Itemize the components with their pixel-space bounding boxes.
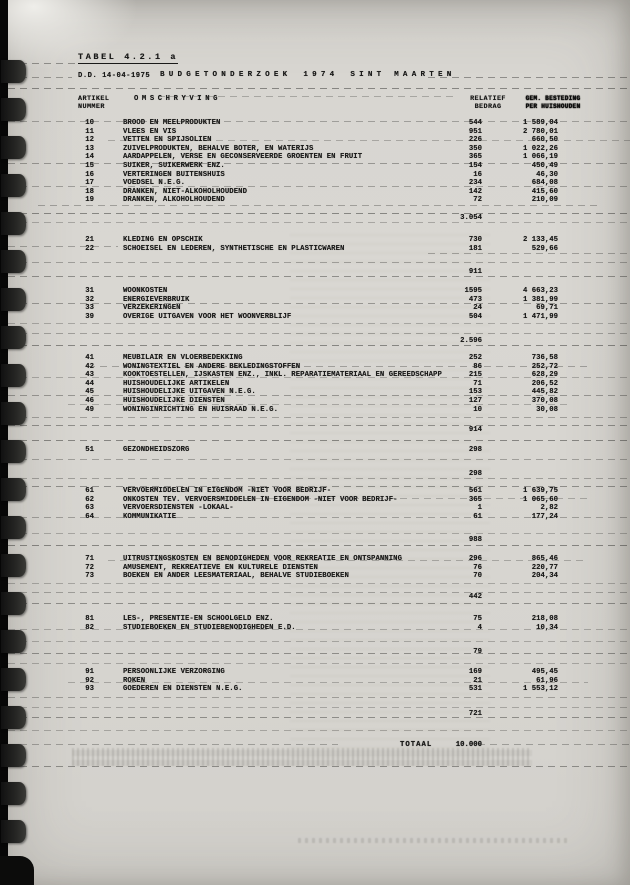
scan-artifact-line	[8, 262, 630, 263]
omschryving-cell: STUDIEBOEKEN EN STUDIEBENODIGHEDEN E.D.	[123, 624, 296, 632]
besteding-cell: 736,58	[466, 354, 558, 362]
table-row: 16 VERTERINGEN BUITENSHUIS 16 46,30	[8, 171, 630, 180]
artikel-nummer-cell: 63	[76, 504, 94, 512]
table-row: 43 KOOKTOESTELLEN, IJSKASTEN ENZ., INKL.…	[8, 371, 630, 380]
omschryving-cell: MEUBILAIR EN VLOERBEDEKKING	[123, 354, 243, 362]
artikel-nummer-cell: 39	[76, 313, 94, 321]
scan-artifact-line	[8, 545, 630, 546]
omschryving-cell: ZUIVELPRODUKTEN, BEHALVE BOTER, EN WATER…	[123, 145, 313, 153]
scan-artifact-line	[8, 592, 630, 593]
artikel-nummer-cell: 18	[76, 188, 94, 196]
omschryving-cell: LES-, PRESENTIE-EN SCHOOLGELD ENZ.	[123, 615, 274, 623]
besteding-cell: 1 022,26	[466, 145, 558, 153]
block-subtotal: 914	[420, 426, 482, 434]
scan-artifact-line	[108, 140, 630, 141]
binding-tooth	[1, 174, 26, 197]
scan-artifact-line	[8, 730, 630, 731]
artikel-nummer-cell: 81	[76, 615, 94, 623]
scan-artifact-line	[8, 583, 630, 584]
artikel-nummer-cell: 14	[76, 153, 94, 161]
artikel-nummer-cell: 72	[76, 564, 94, 572]
scan-artifact-line	[8, 603, 630, 604]
artikel-nummer-cell: 62	[76, 496, 94, 504]
scan-artifact-line	[8, 517, 630, 518]
table-row: 82 STUDIEBOEKEN EN STUDIEBENODIGHEDEN E.…	[8, 624, 630, 633]
scan-artifact-line	[8, 717, 630, 718]
scan-artifact-line	[8, 323, 630, 324]
omschryving-cell: VLEES EN VIS	[123, 128, 176, 136]
block-subtotal: 298	[420, 470, 482, 478]
title-main: BUDGETONDERZOEK	[160, 71, 291, 79]
scan-artifact-line	[8, 697, 630, 698]
footer-faint-text	[298, 838, 568, 843]
omschryving-cell: WONINGINRICHTING EN HUISRAAD N.E.G.	[123, 406, 278, 414]
table-row: 39 OVERIGE UITGAVEN VOOR HET WOONVERBLIJ…	[8, 313, 630, 322]
artikel-nummer-cell: 41	[76, 354, 94, 362]
artikel-nummer-cell: 31	[76, 287, 94, 295]
scan-artifact-line	[8, 425, 630, 426]
besteding-cell: 865,46	[466, 555, 558, 563]
binding-tooth	[1, 820, 26, 843]
date-stamp: D.D. 14-04-1975	[78, 72, 150, 80]
scan-artifact-line	[8, 707, 630, 708]
binding-tooth	[1, 554, 26, 577]
besteding-cell: 46,30	[466, 171, 558, 179]
scanned-document: TABEL 4.2.1 a D.D. 14-04-1975 BUDGETONDE…	[0, 0, 630, 885]
artikel-nummer-cell: 13	[76, 145, 94, 153]
scan-artifact-line	[8, 88, 630, 89]
scan-artifact-line	[8, 345, 630, 346]
artikel-nummer-cell: 33	[76, 304, 94, 312]
besteding-cell: 220,77	[466, 564, 558, 572]
scan-artifact-line	[108, 560, 588, 561]
omschryving-cell: KLEDING EN OPSCHIK	[123, 236, 203, 244]
scan-artifact-line	[158, 96, 458, 97]
table-row: 72 AMUSEMENT, REKREATIEVE EN KULTURELE D…	[8, 564, 630, 573]
table-row: 73 BOEKEN EN ANDER LEESMATERIAAL, BEHALV…	[8, 572, 630, 581]
artikel-nummer-cell: 91	[76, 668, 94, 676]
scan-artifact-line	[8, 303, 630, 304]
table-block: 41 MEUBILAIR EN VLOERBEDEKKING 252 736,5…	[8, 354, 630, 414]
artikel-nummer-cell: 19	[76, 196, 94, 204]
binding-tooth	[1, 592, 26, 615]
omschryving-cell: WOONKOSTEN	[123, 287, 167, 295]
block-subtotal: 2.596	[420, 337, 482, 345]
omschryving-cell: AMUSEMENT, REKREATIEVE EN KULTURELE DIEN…	[123, 564, 318, 572]
scan-artifact-line	[68, 404, 568, 405]
besteding-cell: 69,71	[466, 304, 558, 312]
omschryving-cell: VERZEKERINGEN	[123, 304, 181, 312]
omschryving-cell: ONKOSTEN TEV. VERVOERSMIDDELEN IN EIGEND…	[123, 496, 398, 504]
scan-artifact-line	[428, 253, 630, 254]
table-block: 21 KLEDING EN OPSCHIK 730 2 133,45 22 SC…	[8, 236, 630, 253]
column-header-per-huishouden: PER HUISHOUDEN	[518, 103, 588, 110]
omschryving-cell: VERVOERMIDDELEN IN EIGENDOM -NIET VOOR B…	[123, 487, 331, 495]
binding-shadow-corner	[0, 856, 34, 885]
besteding-cell: 415,60	[466, 188, 558, 196]
scan-artifact-line	[8, 222, 630, 223]
scan-artifact-line	[8, 766, 630, 767]
besteding-cell: 1 065,60	[466, 496, 558, 504]
scan-artifact-line	[8, 663, 630, 664]
besteding-cell: 4 663,23	[466, 287, 558, 295]
column-header-nummer: NUMMER	[78, 103, 105, 111]
table-row: 63 VERVOERSDIENSTEN -LOKAAL- 1 2,82	[8, 504, 630, 513]
table-block: 51 GEZONDHEIDSZORG 298	[8, 446, 630, 455]
omschryving-cell: BOEKEN EN ANDER LEESMATERIAAL, BEHALVE S…	[123, 572, 349, 580]
omschryving-cell: VERVOERSDIENSTEN -LOKAAL-	[123, 504, 234, 512]
binding-tooth	[1, 98, 26, 121]
besteding-cell: 1 066,19	[466, 153, 558, 161]
artikel-nummer-cell: 49	[76, 406, 94, 414]
scan-artifact-line	[8, 246, 118, 247]
table-label: TABEL 4.2.1 a	[78, 52, 178, 64]
besteding-cell: 61,96	[466, 677, 558, 685]
besteding-cell: 495,45	[466, 668, 558, 676]
table-row: 31 WOONKOSTEN 1595 4 663,23	[8, 287, 630, 296]
table-row: 19 DRANKEN, ALKOHOLHOUDEND 72 210,09	[8, 196, 630, 205]
binding-tooth	[1, 630, 26, 653]
column-header-artikel: ARTIKEL	[78, 95, 109, 103]
besteding-cell: 2,82	[466, 504, 558, 512]
besteding-cell: 204,34	[466, 572, 558, 580]
artikel-nummer-cell: 16	[76, 171, 94, 179]
scan-artifact-line	[8, 641, 630, 642]
scan-artifact-line	[8, 653, 630, 654]
binding-tooth	[1, 440, 26, 463]
table-block: 31 WOONKOSTEN 1595 4 663,23 32 ENERGIEVE…	[8, 287, 630, 321]
scan-artifact-line	[8, 744, 338, 745]
table-row: 21 KLEDING EN OPSCHIK 730 2 133,45	[8, 236, 630, 245]
omschryving-cell: DRANKEN, NIET-ALKOHOLHOUDEND	[123, 188, 247, 196]
scan-artifact-line	[8, 533, 630, 534]
table-row: 51 GEZONDHEIDSZORG 298	[8, 446, 630, 455]
artikel-nummer-cell: 73	[76, 572, 94, 580]
table-row: 41 MEUBILAIR EN VLOERBEDEKKING 252 736,5…	[8, 354, 630, 363]
artikel-nummer-cell: 11	[76, 128, 94, 136]
table-row: 14 AARDAPPELEN, VERSE EN GECONSERVEERDE …	[8, 153, 630, 162]
scan-artifact-line	[8, 440, 630, 441]
omschryving-cell: PERSOONLIJKE VERZORGING	[123, 668, 225, 676]
column-header-relatief: RELATIEF	[456, 95, 520, 103]
scan-artifact-line	[478, 744, 630, 745]
binding-tooth	[1, 782, 26, 805]
scan-artifact-line	[8, 377, 630, 378]
block-subtotal: 911	[420, 268, 482, 276]
table-block: 71 UITRUSTINGSKOSTEN EN BENODIGHEDEN VOO…	[8, 555, 630, 581]
table-row: 61 VERVOERMIDDELEN IN EIGENDOM -NIET VOO…	[8, 487, 630, 496]
binding-tooth	[1, 326, 26, 349]
omschryving-cell: GEZONDHEIDSZORG	[123, 446, 189, 454]
binding-tooth	[1, 364, 26, 387]
scan-artifact-line	[428, 77, 630, 78]
artikel-nummer-cell: 12	[76, 136, 94, 144]
table-block: 10 BROOD EN MEELPRODUKTEN 544 1 589,04 1…	[8, 119, 630, 205]
besteding-cell: 1 553,12	[466, 685, 558, 693]
binding-tooth	[1, 402, 26, 425]
binding-tooth	[1, 744, 26, 767]
binding-tooth	[1, 212, 26, 235]
besteding-cell: 529,66	[466, 245, 558, 253]
omschryving-cell: GOEDEREN EN DIENSTEN N.E.G.	[123, 685, 243, 693]
besteding-cell: 10,34	[466, 624, 558, 632]
block-subtotal: 988	[420, 536, 482, 544]
table-row: 11 VLEES EN VIS 951 2 780,01	[8, 128, 630, 137]
column-header-gem-besteding: GEM. BESTEDING	[518, 95, 588, 102]
omschryving-cell: VERTERINGEN BUITENSHUIS	[123, 171, 225, 179]
document-title: BUDGETONDERZOEK1974SINT MAARTEN	[160, 71, 455, 79]
artikel-nummer-cell: 82	[76, 624, 94, 632]
omschryving-cell: OVERIGE UITGAVEN VOOR HET WOONVERBLIJF	[123, 313, 291, 321]
table-row: 33 VERZEKERINGEN 24 69,71	[8, 304, 630, 313]
artikel-nummer-cell: 61	[76, 487, 94, 495]
binding-tooth	[1, 516, 26, 539]
omschryving-cell: ROKEN	[123, 677, 145, 685]
scan-artifact-line	[88, 366, 588, 367]
binding-tooth	[1, 478, 26, 501]
besteding-cell: 218,08	[466, 615, 558, 623]
omschryving-cell: AARDAPPELEN, VERSE EN GECONSERVEERDE GRO…	[123, 153, 362, 161]
besteding-cell: 210,09	[466, 196, 558, 204]
table-row: 49 WONINGINRICHTING EN HUISRAAD N.E.G. 1…	[8, 406, 630, 415]
besteding-cell: 1 471,99	[466, 313, 558, 321]
column-header-bedrag: BEDRAG	[456, 103, 520, 111]
table-row: 92 ROKEN 21 61,96	[8, 677, 630, 686]
title-year: 1974	[303, 71, 338, 79]
binding-tooth	[1, 668, 26, 691]
artikel-nummer-cell: 92	[76, 677, 94, 685]
binding-tooth	[1, 250, 26, 273]
scan-artifact-line	[8, 163, 630, 164]
scan-artifact-line	[8, 186, 630, 187]
besteding-cell: 1 639,75	[466, 487, 558, 495]
scan-artifact-line	[38, 205, 598, 206]
scan-artifact-line	[8, 417, 630, 418]
table-block: 91 PERSOONLIJKE VERZORGING 169 495,45 92…	[8, 668, 630, 694]
scan-artifact-line	[8, 333, 630, 334]
table-row: 62 ONKOSTEN TEV. VERVOERSMIDDELEN IN EIG…	[8, 496, 630, 505]
scan-artifact-line	[8, 629, 630, 630]
block-subtotal: 442	[420, 593, 482, 601]
artikel-nummer-cell: 71	[76, 555, 94, 563]
besteding-cell: 206,52	[466, 380, 558, 388]
scan-artifact-line	[8, 486, 630, 487]
omschryving-cell: UITRUSTINGSKOSTEN EN BENODIGHEDEN VOOR R…	[123, 555, 402, 563]
scan-artifact-line	[68, 682, 588, 683]
besteding-cell: 30,08	[466, 406, 558, 414]
scan-artifact-line	[8, 395, 630, 396]
scan-artifact-line	[8, 121, 630, 122]
besteding-cell: 2 133,45	[466, 236, 558, 244]
binding-tooth	[1, 288, 26, 311]
scan-artifact-line	[8, 478, 630, 479]
artikel-nummer-cell: 93	[76, 685, 94, 693]
scan-artifact-line	[8, 213, 630, 214]
scan-artifact-line	[8, 276, 630, 277]
binding-tooth	[1, 136, 26, 159]
omschryving-cell: DRANKEN, ALKOHOLHOUDEND	[123, 196, 225, 204]
binding-tooth	[1, 60, 26, 83]
scan-artifact-line	[8, 459, 630, 460]
table-row: 93 GOEDEREN EN DIENSTEN N.E.G. 531 1 553…	[8, 685, 630, 694]
omschryving-cell: HUISHOUDELIJKE ARTIKELEN	[123, 380, 229, 388]
artikel-nummer-cell: 44	[76, 380, 94, 388]
artikel-nummer-cell: 21	[76, 236, 94, 244]
omschryving-cell: SCHOEISEL EN LEDEREN, SYNTHETISCHE EN PL…	[123, 245, 344, 253]
binding-tooth	[1, 706, 26, 729]
block-subtotal: 3.054	[420, 214, 482, 222]
document-page: TABEL 4.2.1 a D.D. 14-04-1975 BUDGETONDE…	[8, 0, 630, 885]
besteding-cell: 2 780,01	[466, 128, 558, 136]
bleed-through-text-band	[72, 748, 532, 766]
artikel-nummer-cell: 51	[76, 446, 94, 454]
relatief-bedrag-cell: 298	[420, 446, 482, 454]
block-subtotal: 79	[420, 648, 482, 656]
scan-artifact-line	[208, 498, 588, 499]
table-row: 91 PERSOONLIJKE VERZORGING 169 495,45	[8, 668, 630, 677]
table-row: 81 LES-, PRESENTIE-EN SCHOOLGELD ENZ. 75…	[8, 615, 630, 624]
